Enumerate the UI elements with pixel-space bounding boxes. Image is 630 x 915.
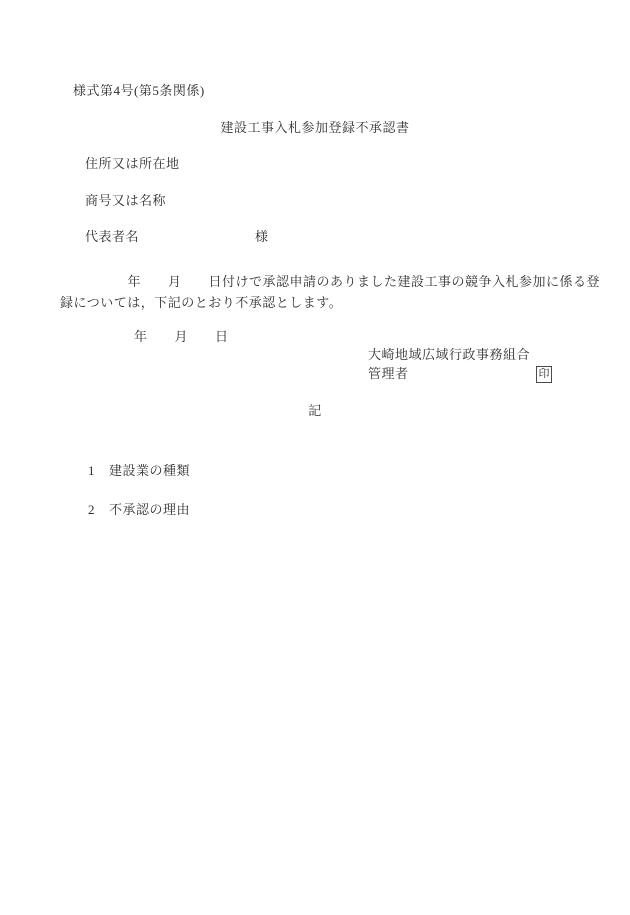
list-item-2-number: 2 bbox=[88, 502, 109, 518]
company-name-label: 商号又は名称 bbox=[85, 194, 166, 208]
form-number: 様式第4号(第5条関係) bbox=[73, 84, 205, 98]
seal-stamp-label: 印 bbox=[539, 369, 550, 380]
body-paragraph-line-1: 年 月 日付けで承認申請のありました建設工事の競争入札参加に係る登 bbox=[60, 271, 605, 292]
list-item-2-label: 不承認の理由 bbox=[109, 502, 190, 517]
issue-date-line: 年 月 日 bbox=[134, 330, 229, 344]
honorific-sama: 様 bbox=[255, 230, 269, 244]
seal-stamp-box: 印 bbox=[536, 366, 552, 383]
body-paragraph: 年 月 日付けで承認申請のありました建設工事の競争入札参加に係る登 録については… bbox=[60, 271, 605, 313]
list-item-1-label: 建設業の種類 bbox=[109, 463, 190, 478]
issuing-organization: 大崎地域広域行政事務組合 bbox=[368, 348, 530, 362]
note-heading: 記 bbox=[0, 404, 630, 418]
body-paragraph-line-2: 録については，下記のとおり不承認とします。 bbox=[60, 292, 605, 313]
issuer-title: 管理者 bbox=[368, 367, 409, 381]
list-item-1-number: 1 bbox=[88, 463, 109, 479]
document-title: 建設工事入札参加登録不承認書 bbox=[0, 121, 630, 135]
address-label: 住所又は所在地 bbox=[85, 157, 180, 171]
document-page: 様式第4号(第5条関係) 建設工事入札参加登録不承認書 住所又は所在地 商号又は… bbox=[0, 0, 630, 915]
representative-label: 代表者名 bbox=[85, 230, 139, 244]
list-item-2: 2不承認の理由 bbox=[73, 483, 190, 534]
